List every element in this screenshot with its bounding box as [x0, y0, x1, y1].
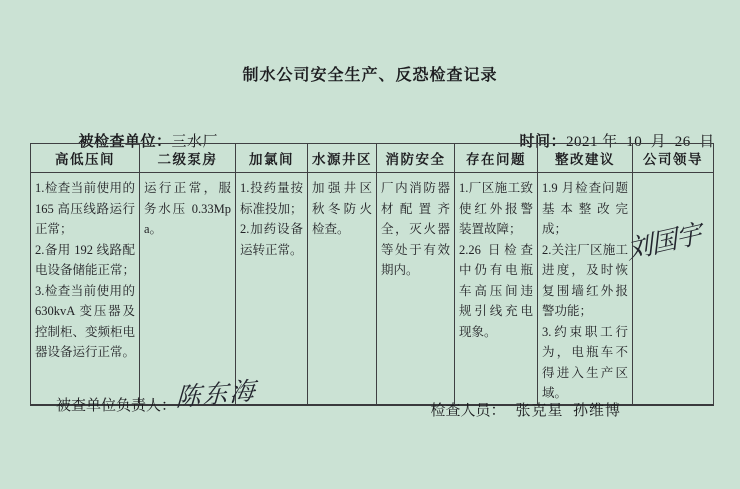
cell-high-low-voltage-room: 1.检查当前使用的 165 高压线路运行正常； 2.备用 192 线路配电设备储…	[31, 173, 140, 405]
cell-rectification-suggestions: 1.9 月检查问题基本整改完成； 2.关注厂区施工进度，及时恢复围墙红外报警功能…	[538, 173, 633, 405]
inspectors-label: 检查人员：	[431, 403, 506, 419]
column-header-chlorination-room: 加氯间	[236, 144, 308, 173]
cell-text: 1.厂区施工致使红外报警装置故障； 2.26 日检查中仍有电瓶车高压间违规引线充…	[459, 178, 533, 342]
inspection-record-document: 制水公司安全生产、反恐检查记录 被检查单位：三水厂 时间：2021 年 10 月…	[0, 0, 740, 489]
cell-company-leader	[633, 173, 714, 405]
cell-text: 厂内消防器材配置齐全，灭火器等处于有效期内。	[381, 178, 450, 281]
table-body-row: 1.检查当前使用的 165 高压线路运行正常； 2.备用 192 线路配电设备储…	[31, 173, 714, 405]
cell-fire-safety: 厂内消防器材配置齐全，灭火器等处于有效期内。	[377, 173, 455, 405]
inspectors-names: 张克星 孙维博	[516, 403, 622, 419]
cell-text: 运行正常，服务水压 0.33Mpa。	[144, 178, 231, 240]
cell-chlorination-room: 1.投药量按标准投加； 2.加药设备运转正常。	[236, 173, 308, 405]
column-header-existing-problems: 存在问题	[455, 144, 538, 173]
column-header-secondary-pump-house: 二级泵房	[140, 144, 236, 173]
responsible-person-field: 被查单位负责人：陈东海	[56, 382, 257, 418]
column-header-rectification-suggestions: 整改建议	[538, 144, 633, 173]
cell-text: 加强井区秋冬防火检查。	[312, 178, 372, 240]
responsible-person-signature: 陈东海	[175, 371, 258, 414]
page-title: 制水公司安全生产、反恐检查记录	[0, 62, 740, 85]
cell-secondary-pump-house: 运行正常，服务水压 0.33Mpa。	[140, 173, 236, 405]
column-header-company-leader: 公司领导	[633, 144, 714, 173]
cell-existing-problems: 1.厂区施工致使红外报警装置故障； 2.26 日检查中仍有电瓶车高压间违规引线充…	[455, 173, 538, 405]
inspectors-field: 检查人员：张克星 孙维博	[408, 382, 621, 437]
cell-text: 1.投药量按标准投加； 2.加药设备运转正常。	[240, 178, 303, 260]
table-header-row: 高低压间 二级泵房 加氯间 水源井区 消防安全 存在问题 整改建议 公司领导	[31, 144, 714, 173]
cell-text: 1.9 月检查问题基本整改完成； 2.关注厂区施工进度，及时恢复围墙红外报警功能…	[542, 178, 628, 404]
inspection-table: 高低压间 二级泵房 加氯间 水源井区 消防安全 存在问题 整改建议 公司领导 1…	[30, 143, 714, 406]
column-header-high-low-voltage-room: 高低压间	[31, 144, 140, 173]
responsible-person-label: 被查单位负责人：	[56, 398, 176, 414]
cell-water-source-well-area: 加强井区秋冬防火检查。	[308, 173, 377, 405]
cell-text: 1.检查当前使用的 165 高压线路运行正常； 2.备用 192 线路配电设备储…	[35, 178, 135, 363]
column-header-fire-safety: 消防安全	[377, 144, 455, 173]
column-header-water-source-well-area: 水源井区	[308, 144, 377, 173]
